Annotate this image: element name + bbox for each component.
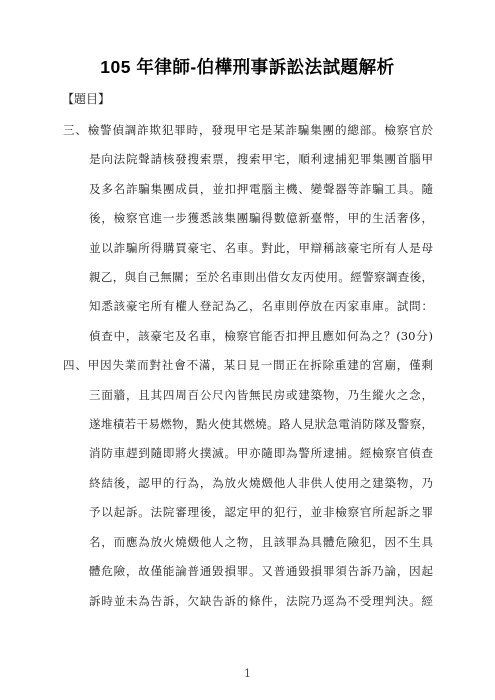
document-title: 105 年律師-伯樺刑事訴訟法試題解析 bbox=[0, 0, 495, 78]
text-line: 予以起訴。法院審理後，認定甲的犯行，並非檢察官所起訴之罪 bbox=[89, 498, 433, 527]
text-line: 後，檢察官進一步獲悉該集團騙得數億新臺幣，甲的生活奢侈， bbox=[89, 204, 433, 233]
text-line: 知悉該豪宅所有權人登記為乙，名車則停放在丙家車庫。試問： bbox=[89, 292, 433, 321]
text-line: 是向法院聲請核發搜索票，搜索甲宅，順利逮捕犯罪集團首腦甲 bbox=[89, 145, 433, 174]
text-line: 三面牆，且其四周百公尺內皆無民房或建築物，乃生縱火之念， bbox=[89, 381, 433, 410]
text-line: 三、檢警偵調詐欺犯罪時，發現甲宅是某詐騙集團的總部。檢察官於 bbox=[63, 116, 433, 145]
text-line: 並以詐騙所得購買豪宅、名車。對此，甲辯稱該豪宅所有人是母 bbox=[89, 234, 433, 263]
document-body: 三、檢警偵調詐欺犯罪時，發現甲宅是某詐騙集團的總部。檢察官於 是向法院聲請核發搜… bbox=[63, 116, 433, 616]
text-line: 四、甲因失業而對社會不滿，某日見一間正在拆除重建的宮廟，僅剩 bbox=[63, 351, 433, 380]
text-line: 體危險，故僅能論普通毀損罪。又普通毀損罪須告訴乃論，因起 bbox=[89, 557, 433, 586]
text-line: 訴時並未為告訴，欠缺告訴的條件，法院乃逕為不受理判決。經 bbox=[89, 587, 433, 616]
question-3-subquestion-line: 偵查中，該豪宅及名車，檢察官能否扣押且應如何為之？(30分) bbox=[89, 322, 433, 351]
text-line: 終結後，認甲的行為，為放火燒燬他人非供人使用之建築物，乃 bbox=[89, 469, 433, 498]
text-line: 及多名詐騙集團成員，並扣押電腦主機、變聲器等詐騙工具。隨 bbox=[89, 175, 433, 204]
section-heading: 【題目】 bbox=[62, 91, 495, 107]
text-line: 名，而應為放火燒燬他人之物，且該罪為具體危險犯，因不生具 bbox=[89, 528, 433, 557]
question-3-paragraph: 三、檢警偵調詐欺犯罪時，發現甲宅是某詐騙集團的總部。檢察官於 是向法院聲請核發搜… bbox=[63, 116, 433, 351]
page-number: 1 bbox=[0, 667, 495, 680]
text-line: 消防車趕到隨即將火撲滅。甲亦隨即為警所逮捕。經檢察官偵查 bbox=[89, 439, 433, 468]
exam-document-page: 105 年律師-伯樺刑事訴訟法試題解析 【題目】 三、檢警偵調詐欺犯罪時，發現甲… bbox=[0, 0, 495, 700]
text-line: 遂堆積若干易燃物，點火使其燃燒。路人見狀急電消防隊及警察， bbox=[89, 410, 433, 439]
question-4-paragraph: 四、甲因失業而對社會不滿，某日見一間正在拆除重建的宮廟，僅剩 三面牆，且其四周百… bbox=[63, 351, 433, 616]
text-line: 親乙，與自己無關；至於名車則出借女友丙使用。經警察調查後， bbox=[89, 263, 433, 292]
